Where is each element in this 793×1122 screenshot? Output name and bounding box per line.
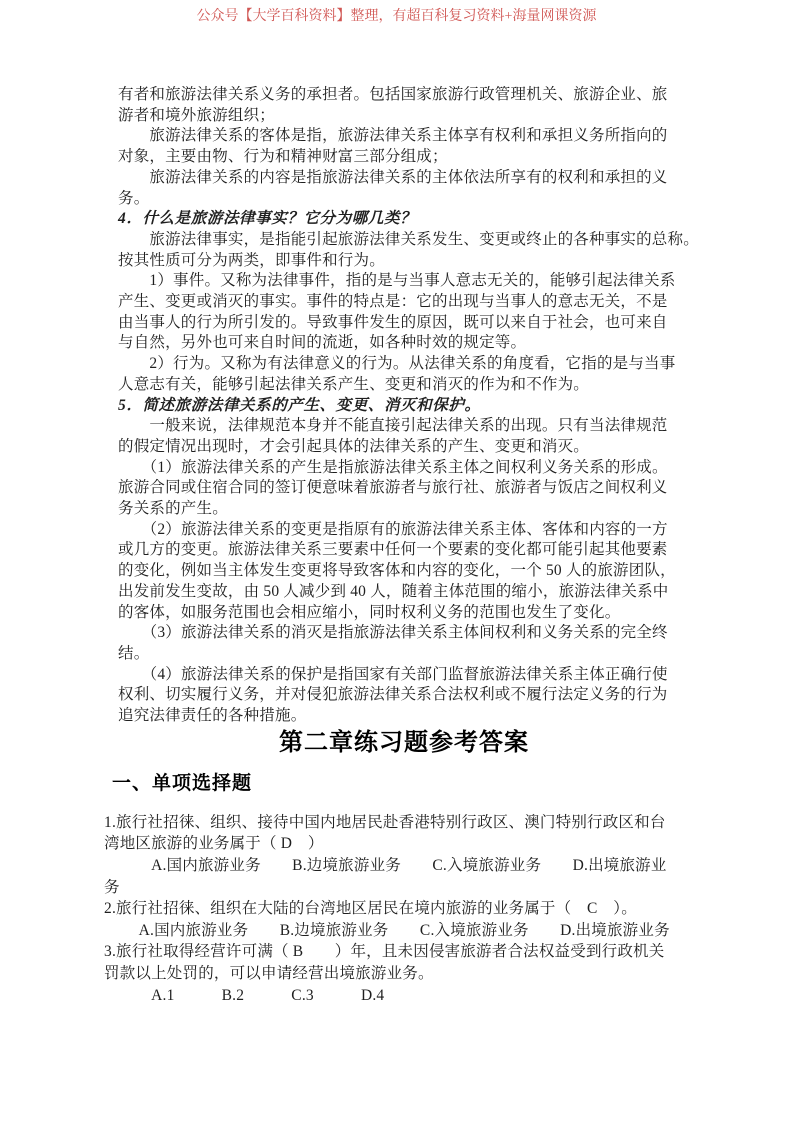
answer-text-line: 权利、切实履行义务，并对侵犯旅游法律关系合法权利或不履行法定义务的行为 — [118, 685, 704, 706]
answer-text-line: 或几方的变更。旅游法律关系三要素中任何一个要素的变化都可能引起其他要素 — [118, 540, 704, 561]
promo-header: 公众号【大学百科资料】整理，有超百科复习资料+海量网课资源 — [0, 8, 793, 25]
questions-block: 1.旅行社招徕、组织、接待中国内地居民赴香港特别行政区、澳门特别行政区和台湾地区… — [104, 812, 704, 1006]
answer-text-line: 2）行为。又称为有法律意义的行为。从法律关系的角度看，它指的是与当事 — [118, 354, 704, 375]
answer-text-line: 旅游法律关系的内容是指旅游法律关系的主体依法所享有的权利和承担的义 — [118, 168, 704, 189]
answer-text-line: 由当事人的行为所引发的。导致事件发生的原因，既可以来自于社会，也可来自 — [118, 313, 704, 334]
answer-text-line: 游者和境外旅游组织； — [118, 106, 704, 127]
question-heading-line: 5．简述旅游法律关系的产生、变更、消灭和保护。 — [118, 396, 704, 417]
answer-text-line: 旅游合同或住宿合同的签订便意味着旅游者与旅行社、旅游者与饭店之间权利义 — [118, 478, 704, 499]
question-heading-line: 4．什么是旅游法律事实？它分为哪几类？ — [118, 209, 704, 230]
answer-text-line: 的变化，例如当主体发生变更将导致客体和内容的变化，一个 50 人的旅游团队， — [118, 561, 704, 582]
answer-text-line: 务。 — [118, 189, 704, 210]
answer-text-line: 的客体，如服务范围也会相应缩小，同时权利义务的范围也发生了变化。 — [118, 603, 704, 624]
answer-text-line: （4）旅游法律关系的保护是指国家有关部门监督旅游法律关系主体正确行使 — [118, 665, 704, 686]
answer-text-line: 一般来说，法律规范本身并不能直接引起法律关系的出现。只有当法律规范 — [118, 416, 704, 437]
answer-text-line: 1）事件。又称为法律事件，指的是与当事人意志无关的，能够引起法律关系 — [118, 271, 704, 292]
answer-text-line: 旅游法律事实，是指能引起旅游法律关系发生、变更或终止的各种事实的总称。 — [118, 230, 704, 251]
chapter-title: 第二章练习题参考答案 — [104, 728, 704, 758]
answer-text-line: 产生、变更或消灭的事实。事件的特点是：它的出现与当事人的意志无关，不是 — [118, 292, 704, 313]
question-text-line: A.国内旅游业务 B.边境旅游业务 C.入境旅游业务 D.出境旅游业务 — [104, 920, 704, 942]
answer-text-line: 的假定情况出现时，才会引起具体的法律关系的产生、变更和消灭。 — [118, 437, 704, 458]
question-text-line: 湾地区旅游的业务属于（ D ） — [104, 833, 704, 855]
answer-text-line: 出发前发生变故，由 50 人减少到 40 人，随着主体范围的缩小，旅游法律关系中 — [118, 582, 704, 603]
question-text-line: 罚款以上处罚的，可以申请经营出境旅游业务。 — [104, 963, 704, 985]
answer-text-line: 按其性质可分为两类，即事件和行为。 — [118, 251, 704, 272]
answer-text-line: 有者和旅游法律关系义务的承担者。包括国家旅游行政管理机关、旅游企业、旅 — [118, 85, 704, 106]
question-text-line: 2.旅行社招徕、组织在大陆的台湾地区居民在境内旅游的业务属于（ C ）。 — [104, 898, 704, 920]
section-heading-single-choice: 一、单项选择题 — [112, 772, 704, 796]
answer-text-line: （2）旅游法律关系的变更是指原有的旅游法律关系主体、客体和内容的一方 — [118, 520, 704, 541]
answer-text-line: 追究法律责任的各种措施。 — [118, 706, 704, 727]
answer-text-line: 旅游法律关系的客体是指，旅游法律关系主体享有权利和承担义务所指向的 — [118, 126, 704, 147]
question-text-line: 1.旅行社招徕、组织、接待中国内地居民赴香港特别行政区、澳门特别行政区和台 — [104, 812, 704, 834]
question-text-line: 务 — [104, 877, 704, 899]
answer-text-line: 人意志有关，能够引起法律关系产生、变更和消灭的作为和不作为。 — [118, 375, 704, 396]
question-text-line: 3.旅行社取得经营许可满（ B ）年，且未因侵害旅游者合法权益受到行政机关 — [104, 941, 704, 963]
answer-text-line: （1）旅游法律关系的产生是指旅游法律关系主体之间权利义务关系的形成。 — [118, 458, 704, 479]
content-column: 有者和旅游法律关系义务的承担者。包括国家旅游行政管理机关、旅游企业、旅游者和境外… — [104, 85, 704, 1006]
answer-text-line: 与自然，另外也可来自时间的流逝，如各种时效的规定等。 — [118, 333, 704, 354]
question-text-line: A.国内旅游业务 B.边境旅游业务 C.入境旅游业务 D.出境旅游业 — [104, 855, 704, 877]
answer-text-line: 对象，主要由物、行为和精神财富三部分组成； — [118, 147, 704, 168]
answer-text-line: （3）旅游法律关系的消灭是指旅游法律关系主体间权利和义务关系的完全终 — [118, 623, 704, 644]
answer-text-line: 务关系的产生。 — [118, 499, 704, 520]
answer-body: 有者和旅游法律关系义务的承担者。包括国家旅游行政管理机关、旅游企业、旅游者和境外… — [104, 85, 704, 727]
question-text-line: A.1 B.2 C.3 D.4 — [104, 985, 704, 1007]
answer-text-line: 结。 — [118, 644, 704, 665]
document-page: 公众号【大学百科资料】整理，有超百科复习资料+海量网课资源 有者和旅游法律关系义… — [0, 0, 793, 1122]
